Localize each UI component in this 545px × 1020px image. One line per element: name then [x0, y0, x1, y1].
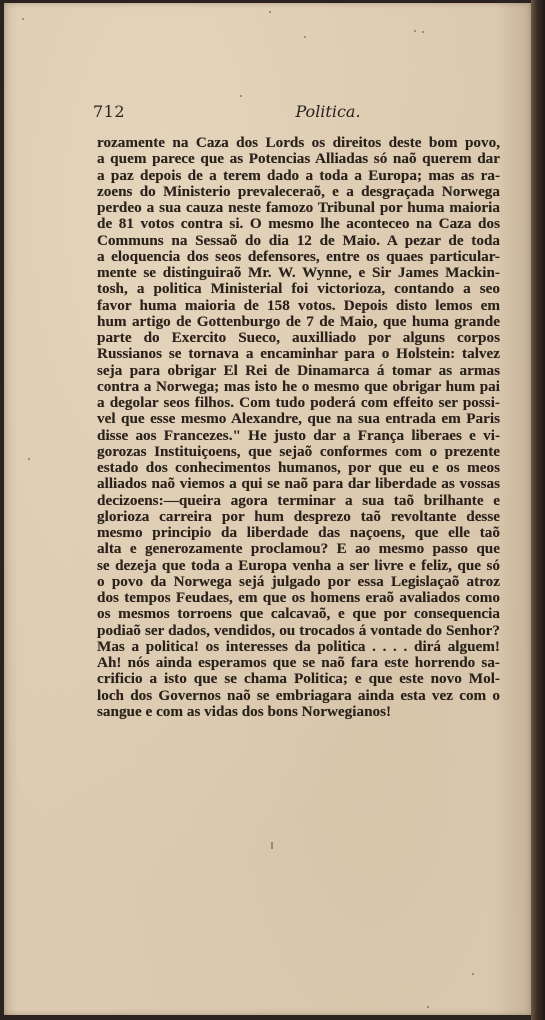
text-line: a degolar seos filhos. Com tudo poderá c…: [97, 395, 500, 411]
text-line: mente se distinguiraõ Mr. W. Wynne, e Si…: [97, 265, 500, 281]
text-line: podiaõ ser dados, vendidos, ou trocados …: [97, 623, 500, 639]
paper-speck: [422, 31, 424, 33]
text-line: a eloquencia dos seos defensores, entre …: [97, 249, 500, 265]
paper-speck: [304, 36, 306, 38]
text-line: alta e generozamente proclamou? E ao mes…: [97, 541, 500, 557]
text-line: perdeo a sua cauza neste famozo Tribunal…: [97, 200, 500, 216]
page-header: 712 Politica.: [93, 102, 503, 124]
text-line: crificio a isto que se chama Politica; e…: [97, 671, 500, 687]
text-line: hum artigo de Gottenburgo de 7 de Maio, …: [97, 314, 500, 330]
book-spine-shadow: [531, 0, 545, 1020]
text-line: Communs na Sessaõ do dia 12 de Maio. A p…: [97, 233, 500, 249]
text-line: se dezeja que toda a Europa venha a ser …: [97, 558, 500, 574]
text-line: favor huma maioria de 158 votos. Depois …: [97, 298, 500, 314]
text-line: sangue e com as vidas dos bons Norwegian…: [97, 704, 500, 720]
scanned-page-view: 712 Politica. rozamente na Caza dos Lord…: [0, 0, 545, 1020]
text-line: decizoens:—queira agora terminar a sua t…: [97, 493, 500, 509]
text-line: Russianos se tornava a encaminhar para o…: [97, 346, 500, 362]
paper-speck: [414, 30, 416, 32]
text-line: seja para obrigar El Rei de Dinamarca á …: [97, 363, 500, 379]
text-line: parte do Exercito Sueco, auxilliado por …: [97, 330, 500, 346]
text-line: gorozas Instituiçoens, que sejaõ conform…: [97, 444, 500, 460]
text-line: a quem parece que as Potencias Alliadas …: [97, 151, 500, 167]
body-text: rozamente na Caza dos Lords os direitos …: [97, 135, 500, 720]
text-line: vel que esse mesmo Alexandre, que na sua…: [97, 411, 500, 427]
text-line: mesmo principio da liberdade das naçoens…: [97, 525, 500, 541]
text-line: alliados naõ viemos a qui se naõ para da…: [97, 476, 500, 492]
text-line: a paz depois de a terem dado a toda a Eu…: [97, 168, 500, 184]
text-line: o povo da Norwega sejá julgado por essa …: [97, 574, 500, 590]
paper-speck: [22, 18, 24, 20]
text-line: zoens do Ministerio prevaleceraõ, e a de…: [97, 184, 500, 200]
text-line: Ah! nós ainda esperamos que se naõ fara …: [97, 655, 500, 671]
text-line: de 81 votos contra si. O mesmo lhe acont…: [97, 216, 500, 232]
text-line: os mesmos torroens que calcavaõ, e que p…: [97, 606, 500, 622]
text-line: glorioza carreira por hum desprezo taõ r…: [97, 509, 500, 525]
paper-speck: [240, 95, 242, 97]
text-line: estado dos conhecimentos humanos, por qu…: [97, 460, 500, 476]
paper-mark: [271, 842, 273, 849]
text-line: dos tempos Feudaes, em que os homens era…: [97, 590, 500, 606]
text-line: disse aos Francezes." He justo dar a Fra…: [97, 428, 500, 444]
text-line: rozamente na Caza dos Lords os direitos …: [97, 135, 500, 151]
text-line: contra a Norwega; mas isto he o mesmo qu…: [97, 379, 500, 395]
paper-speck: [28, 458, 30, 460]
text-line: tosh, a politica Ministerial foi victori…: [97, 281, 500, 297]
paper-speck: [472, 973, 474, 975]
paper-speck: [427, 1006, 429, 1008]
text-line: Mas a politica! os interesses da politic…: [97, 639, 500, 655]
paper-speck: [269, 11, 271, 13]
text-line: loch dos Governos naõ se embriagara aind…: [97, 688, 500, 704]
running-title: Politica.: [93, 102, 503, 121]
